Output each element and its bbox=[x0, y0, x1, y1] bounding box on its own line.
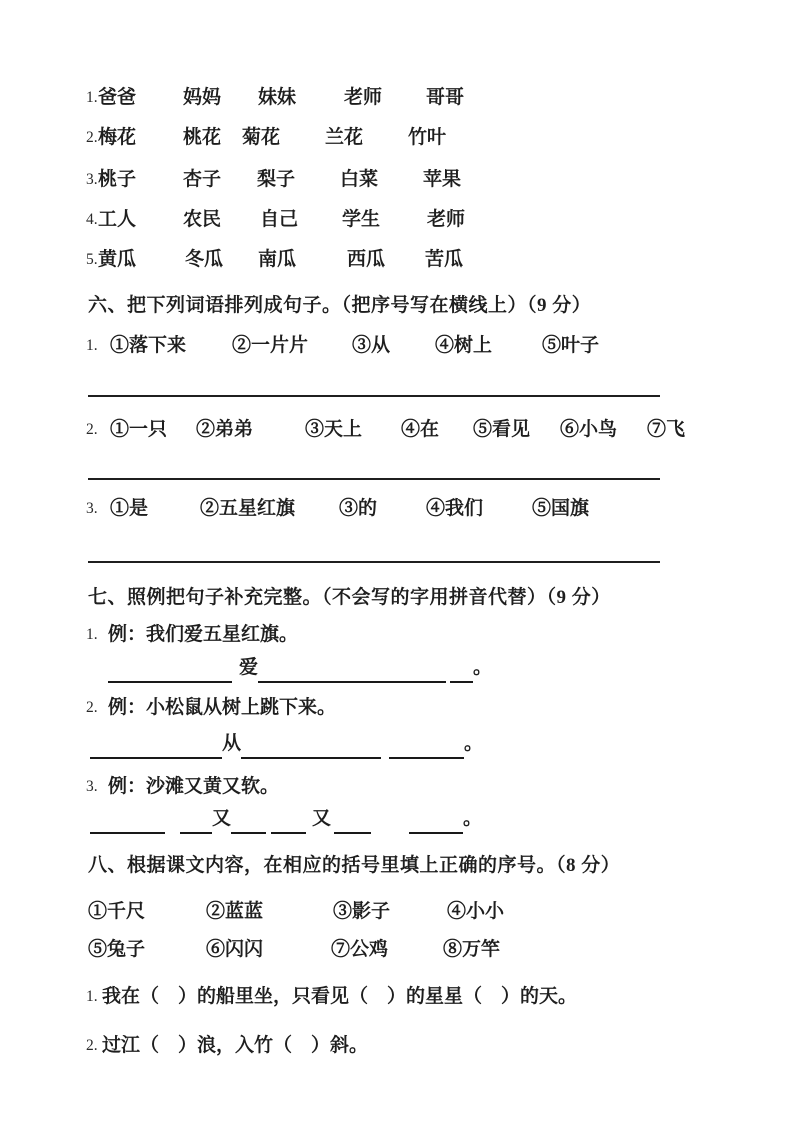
numbered-token: ①落下来 bbox=[110, 331, 186, 361]
word-item: 学生 bbox=[342, 205, 380, 235]
blank-fixed-char: 又 bbox=[312, 808, 331, 829]
word-item: 爸爸 bbox=[98, 83, 136, 113]
word-item: 菊花 bbox=[242, 123, 280, 153]
numbered-token: ②一片片 bbox=[232, 331, 308, 361]
word-row: 4. 工人 农民 自己 学生 老师 bbox=[0, 205, 793, 235]
fill-blank-line: 又又。 bbox=[90, 805, 482, 833]
numbered-token: ①是 bbox=[110, 494, 148, 524]
numbered-token: ⑤国旗 bbox=[532, 494, 589, 524]
word-item: 桃花 bbox=[183, 123, 221, 153]
fill-blank-line: 爱。 bbox=[108, 654, 492, 682]
bracket-fill-sentence: 过江（ ）浪，入竹（ ）斜。 bbox=[102, 1031, 368, 1061]
fill-blank-underline bbox=[334, 808, 371, 834]
section-8-heading: 八、根据课文内容，在相应的括号里填上正确的序号。（8 分） bbox=[88, 851, 620, 881]
numbered-token: ①一只 bbox=[110, 415, 167, 445]
numbered-token: ③的 bbox=[339, 494, 377, 524]
word-row: 3. 桃子 杏子 梨子 白菜 苹果 bbox=[0, 165, 793, 195]
word-item: 梨子 bbox=[257, 165, 295, 195]
fill-blank-underline bbox=[241, 733, 381, 759]
word-item: 哥哥 bbox=[426, 83, 464, 113]
word-item: 梅花 bbox=[98, 123, 136, 153]
word-item: 南瓜 bbox=[258, 245, 296, 275]
section-7-item: 3. 例：沙滩又黄又软。 bbox=[0, 772, 793, 802]
fill-blank-underline bbox=[450, 657, 473, 683]
item-number: 1. bbox=[86, 83, 98, 113]
section-7-item: 1. 例：我们爱五星红旗。 bbox=[0, 620, 793, 650]
worksheet-page: 1. 爸爸 妈妈 妹妹 老师 哥哥 2. 梅花 桃花 菊花 兰花 竹叶 3. 桃… bbox=[0, 0, 793, 1122]
fill-blank-underline bbox=[409, 808, 463, 834]
word-item: 西瓜 bbox=[347, 245, 385, 275]
word-item: 农民 bbox=[183, 205, 221, 235]
option-token: ②蓝蓝 bbox=[206, 897, 263, 927]
item-number: 2. bbox=[86, 123, 98, 153]
numbered-token: ④树上 bbox=[435, 331, 492, 361]
word-item: 老师 bbox=[427, 205, 465, 235]
fill-blank-underline bbox=[90, 733, 222, 759]
item-number: 1. bbox=[86, 331, 98, 361]
fill-blank-underline bbox=[231, 808, 266, 834]
word-item: 老师 bbox=[344, 83, 382, 113]
word-item: 杏子 bbox=[183, 165, 221, 195]
word-item: 自己 bbox=[260, 205, 298, 235]
word-item: 黄瓜 bbox=[98, 245, 136, 275]
item-number: 3. bbox=[86, 494, 98, 524]
example-sentence: 例：我们爱五星红旗。 bbox=[108, 620, 298, 650]
word-row: 2. 梅花 桃花 菊花 兰花 竹叶 bbox=[0, 123, 793, 153]
option-token: ③影子 bbox=[333, 897, 390, 927]
word-item: 兰花 bbox=[325, 123, 363, 153]
answer-line bbox=[88, 561, 660, 563]
section-6-heading: 六、把下列词语排列成句子。（把序号写在横线上）（9 分） bbox=[88, 291, 591, 321]
word-item: 妹妹 bbox=[258, 83, 296, 113]
numbered-token: ②弟弟 bbox=[196, 415, 253, 445]
example-sentence: 例：小松鼠从树上跳下来。 bbox=[108, 693, 336, 723]
numbered-token: ⑤叶子 bbox=[542, 331, 599, 361]
section-7-item: 2. 例：小松鼠从树上跳下来。 bbox=[0, 693, 793, 723]
example-sentence: 例：沙滩又黄又软。 bbox=[108, 772, 279, 802]
item-number: 3. bbox=[86, 165, 98, 195]
options-row: ⑤兔子 ⑥闪闪 ⑦公鸡 ⑧万竿 bbox=[0, 935, 793, 965]
fill-blank-underline bbox=[180, 808, 212, 834]
section-6: 六、把下列词语排列成句子。（把序号写在横线上）（9 分） bbox=[0, 291, 793, 321]
sentence-period: 。 bbox=[463, 808, 482, 829]
numbered-token: ⑤看见 bbox=[473, 415, 530, 445]
section-7-heading: 七、照例把句子补充完整。（不会写的字用拼音代替）（9 分） bbox=[88, 583, 611, 613]
word-item: 苦瓜 bbox=[425, 245, 463, 275]
sentence-period: 。 bbox=[464, 733, 483, 754]
word-item: 苹果 bbox=[423, 165, 461, 195]
word-row: 1. 爸爸 妈妈 妹妹 老师 哥哥 bbox=[0, 83, 793, 113]
word-item: 工人 bbox=[98, 205, 136, 235]
numbered-token: ⑥小鸟 bbox=[560, 415, 617, 445]
item-number: 2. bbox=[86, 415, 98, 445]
answer-line bbox=[88, 395, 660, 397]
numbered-token: ④在 bbox=[401, 415, 439, 445]
section-7: 七、照例把句子补充完整。（不会写的字用拼音代替）（9 分） bbox=[0, 583, 793, 613]
section-6-item: 3. ①是 ②五星红旗 ③的 ④我们 ⑤国旗 bbox=[0, 494, 793, 524]
numbered-token: ⑦飞 bbox=[647, 415, 685, 445]
numbered-token: ④我们 bbox=[426, 494, 483, 524]
option-token: ⑥闪闪 bbox=[206, 935, 263, 965]
section-6-item: 1. ①落下来 ②一片片 ③从 ④树上 ⑤叶子 bbox=[0, 331, 793, 361]
item-number: 2. bbox=[86, 693, 98, 723]
options-row: ①千尺 ②蓝蓝 ③影子 ④小小 bbox=[0, 897, 793, 927]
fill-blank-line: 从。 bbox=[90, 730, 483, 758]
fill-blank-underline bbox=[389, 733, 464, 759]
fill-blank-underline bbox=[271, 808, 306, 834]
numbered-token: ③天上 bbox=[305, 415, 362, 445]
section-8: 八、根据课文内容，在相应的括号里填上正确的序号。（8 分） bbox=[0, 851, 793, 881]
answer-line bbox=[88, 478, 660, 480]
item-number: 4. bbox=[86, 205, 98, 235]
bracket-fill-sentence: 我在（ ）的船里坐，只看见（ ）的星星（ ）的天。 bbox=[102, 982, 577, 1012]
item-number: 1. bbox=[86, 982, 98, 1012]
item-number: 2. bbox=[86, 1031, 98, 1061]
sentence-period: 。 bbox=[473, 657, 492, 678]
word-item: 白菜 bbox=[340, 165, 378, 195]
blank-fixed-char: 从 bbox=[222, 733, 241, 754]
numbered-token: ②五星红旗 bbox=[200, 494, 295, 524]
option-token: ①千尺 bbox=[88, 897, 145, 927]
word-item: 妈妈 bbox=[183, 83, 221, 113]
word-item: 桃子 bbox=[98, 165, 136, 195]
option-token: ④小小 bbox=[447, 897, 504, 927]
blank-fixed-char: 爱 bbox=[239, 657, 258, 678]
fill-blank-underline bbox=[258, 657, 446, 683]
item-number: 3. bbox=[86, 772, 98, 802]
section-8-item: 1. 我在（ ）的船里坐，只看见（ ）的星星（ ）的天。 bbox=[0, 982, 793, 1012]
item-number: 5. bbox=[86, 245, 98, 275]
fill-blank-underline bbox=[108, 657, 232, 683]
word-item: 冬瓜 bbox=[185, 245, 223, 275]
option-token: ⑤兔子 bbox=[88, 935, 145, 965]
section-6-item: 2. ①一只 ②弟弟 ③天上 ④在 ⑤看见 ⑥小鸟 ⑦飞 bbox=[0, 415, 793, 445]
numbered-token: ③从 bbox=[352, 331, 390, 361]
option-token: ⑦公鸡 bbox=[331, 935, 388, 965]
word-item: 竹叶 bbox=[408, 123, 446, 153]
option-token: ⑧万竿 bbox=[443, 935, 500, 965]
section-8-item: 2. 过江（ ）浪，入竹（ ）斜。 bbox=[0, 1031, 793, 1061]
blank-fixed-char: 又 bbox=[212, 808, 231, 829]
fill-blank-underline bbox=[90, 808, 165, 834]
item-number: 1. bbox=[86, 620, 98, 650]
word-row: 5. 黄瓜 冬瓜 南瓜 西瓜 苦瓜 bbox=[0, 245, 793, 275]
